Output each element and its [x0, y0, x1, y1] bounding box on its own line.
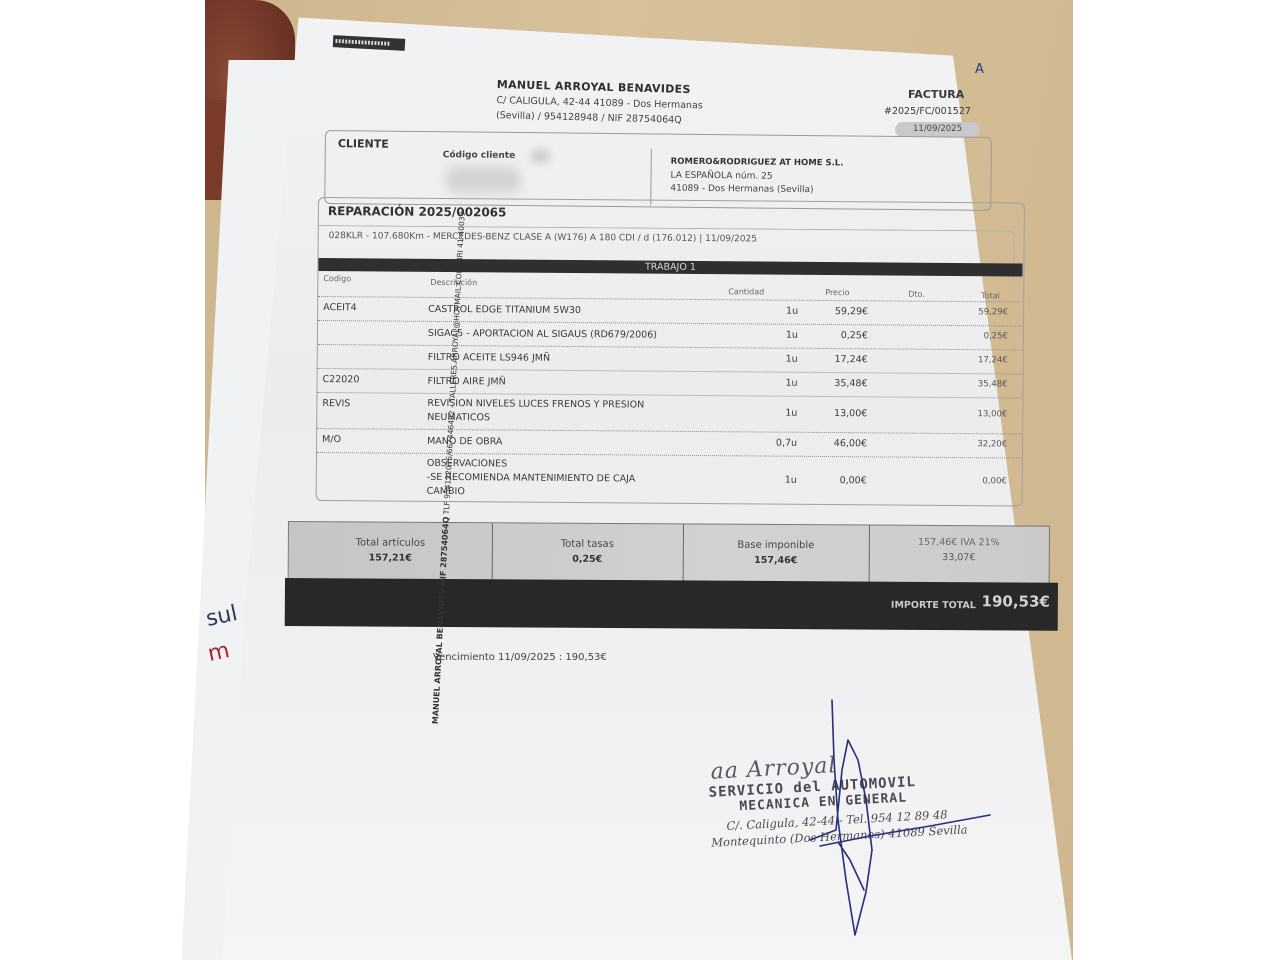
line-total: 13,00€ — [957, 409, 1007, 419]
vat-value: 33,07€ — [869, 552, 1049, 564]
line-description: SIGAC5 - APORTACION AL SIGAUS (RD679/200… — [428, 327, 657, 343]
repair-title: REPARACIÓN 2025/002065 — [328, 204, 507, 219]
vat-label: 157,46€ IVA 21% — [869, 537, 1049, 549]
invoice-date-badge: 11/09/2025 — [895, 122, 980, 137]
client-name: ROMERO&RODRIGUEZ AT HOME S.L. — [671, 157, 844, 169]
line-code: C22020 — [323, 374, 360, 385]
line-code: M/O — [322, 434, 341, 445]
line-quantity: 0,7u — [757, 437, 797, 448]
line-price: 17,24€ — [808, 354, 868, 365]
grand-total-label: IMPORTE TOTAL — [891, 600, 976, 612]
line-total: 59,29€ — [958, 307, 1008, 317]
copy-mark: A — [975, 62, 984, 77]
total-fees: Total tasas 0,25€ — [492, 523, 684, 582]
line-total: 0,00€ — [957, 476, 1007, 486]
total-articles-label: Total artículos — [289, 537, 492, 549]
col-total: Total — [981, 291, 1000, 300]
total-articles-value: 157,21€ — [289, 552, 492, 564]
grand-total-value: 190,53€ — [981, 592, 1049, 610]
total-articles: Total artículos 157,21€ — [289, 522, 493, 581]
line-description-text: CAMBIO — [427, 485, 636, 501]
table-row: OBSERVACIONES-SE RECOMIENDA MANTENIMIENT… — [317, 452, 1021, 509]
line-price: 46,00€ — [807, 438, 867, 449]
taxable-base-value: 157,46€ — [683, 554, 869, 566]
col-code: Codigo — [323, 274, 351, 283]
line-total: 17,24€ — [958, 355, 1008, 365]
grand-total-band: IMPORTE TOTAL 190,53€ — [285, 578, 1058, 631]
line-quantity: 1u — [758, 353, 798, 364]
line-price: 59,29€ — [808, 306, 868, 317]
col-discount: Dto. — [908, 290, 925, 299]
line-description: REVISION NIVELES LUCES FRENOS Y PRESIONN… — [427, 397, 644, 427]
line-description-text: FILTRO AIRE JMÑ — [427, 375, 505, 390]
line-description: CASTROL EDGE TITANIUM 5W30 — [428, 303, 581, 318]
line-total: 35,48€ — [958, 379, 1008, 389]
line-code: ACEIT4 — [323, 302, 357, 313]
client-divider — [650, 148, 652, 205]
redacted-client-info — [445, 166, 520, 193]
col-price: Precio — [825, 288, 849, 297]
line-description: FILTRO ACEITE LS946 JMÑ — [428, 351, 550, 366]
line-description-text: MANO DE OBRA — [427, 435, 502, 450]
line-description: FILTRO AIRE JMÑ — [427, 375, 505, 390]
issuer-block: MANUEL ARROYAL BENAVIDES C/ CALIGULA, 42… — [496, 78, 704, 126]
invoice-number: #2025/FC/001527 — [884, 106, 971, 117]
client-code-label: Código cliente — [443, 150, 516, 161]
line-quantity: 1u — [757, 474, 797, 485]
line-code: REVIS — [322, 398, 350, 409]
document-type: FACTURA — [908, 88, 964, 101]
line-description: OBSERVACIONES-SE RECOMIENDA MANTENIMIENT… — [427, 457, 636, 501]
line-description-text: CASTROL EDGE TITANIUM 5W30 — [428, 303, 581, 318]
taxable-base: Base imponible 157,46€ — [683, 524, 870, 583]
total-fees-value: 0,25€ — [492, 553, 683, 565]
line-quantity: 1u — [758, 305, 798, 316]
line-description-text: FILTRO ACEITE LS946 JMÑ — [428, 351, 550, 366]
client-address: LA ESPAÑOLA núm. 25 — [670, 171, 772, 182]
line-quantity: 1u — [758, 377, 798, 388]
line-quantity: 1u — [758, 329, 798, 340]
due-date: Vencimiento 11/09/2025 : 190,53€ — [433, 652, 607, 663]
client-label: CLIENTE — [338, 137, 389, 151]
redacted-client-code — [531, 149, 551, 163]
line-total: 32,20€ — [957, 439, 1007, 449]
client-city: 41089 - Dos Hermanas (Sevilla) — [670, 184, 813, 195]
line-price: 0,00€ — [807, 475, 867, 486]
taxable-base-label: Base imponible — [683, 539, 869, 551]
line-price: 0,25€ — [808, 330, 868, 341]
issuer-address: C/ CALIGULA, 42-44 41089 - Dos Hermanas — [496, 95, 703, 111]
line-quantity: 1u — [757, 407, 797, 418]
repair-section: REPARACIÓN 2025/002065 028KLR - 107.680K… — [316, 197, 1025, 507]
line-total: 0,25€ — [958, 331, 1008, 341]
col-quantity: Cantidad — [728, 287, 764, 296]
line-price: 35,48€ — [808, 378, 868, 389]
line-description-text: NEUMATICOS — [427, 411, 644, 427]
vat: 157,46€ IVA 21% 33,07€ — [869, 526, 1049, 585]
total-fees-label: Total tasas — [492, 538, 683, 550]
line-description: MANO DE OBRA — [427, 435, 502, 450]
company-stamp: aa Arroyal SERVICIO del AUTOMOVIL MECANI… — [705, 746, 968, 849]
totals-band: Total artículos 157,21€ Total tasas 0,25… — [288, 521, 1050, 586]
line-price: 13,00€ — [807, 408, 867, 419]
line-description-text: SIGAC5 - APORTACION AL SIGAUS (RD679/200… — [428, 327, 657, 343]
